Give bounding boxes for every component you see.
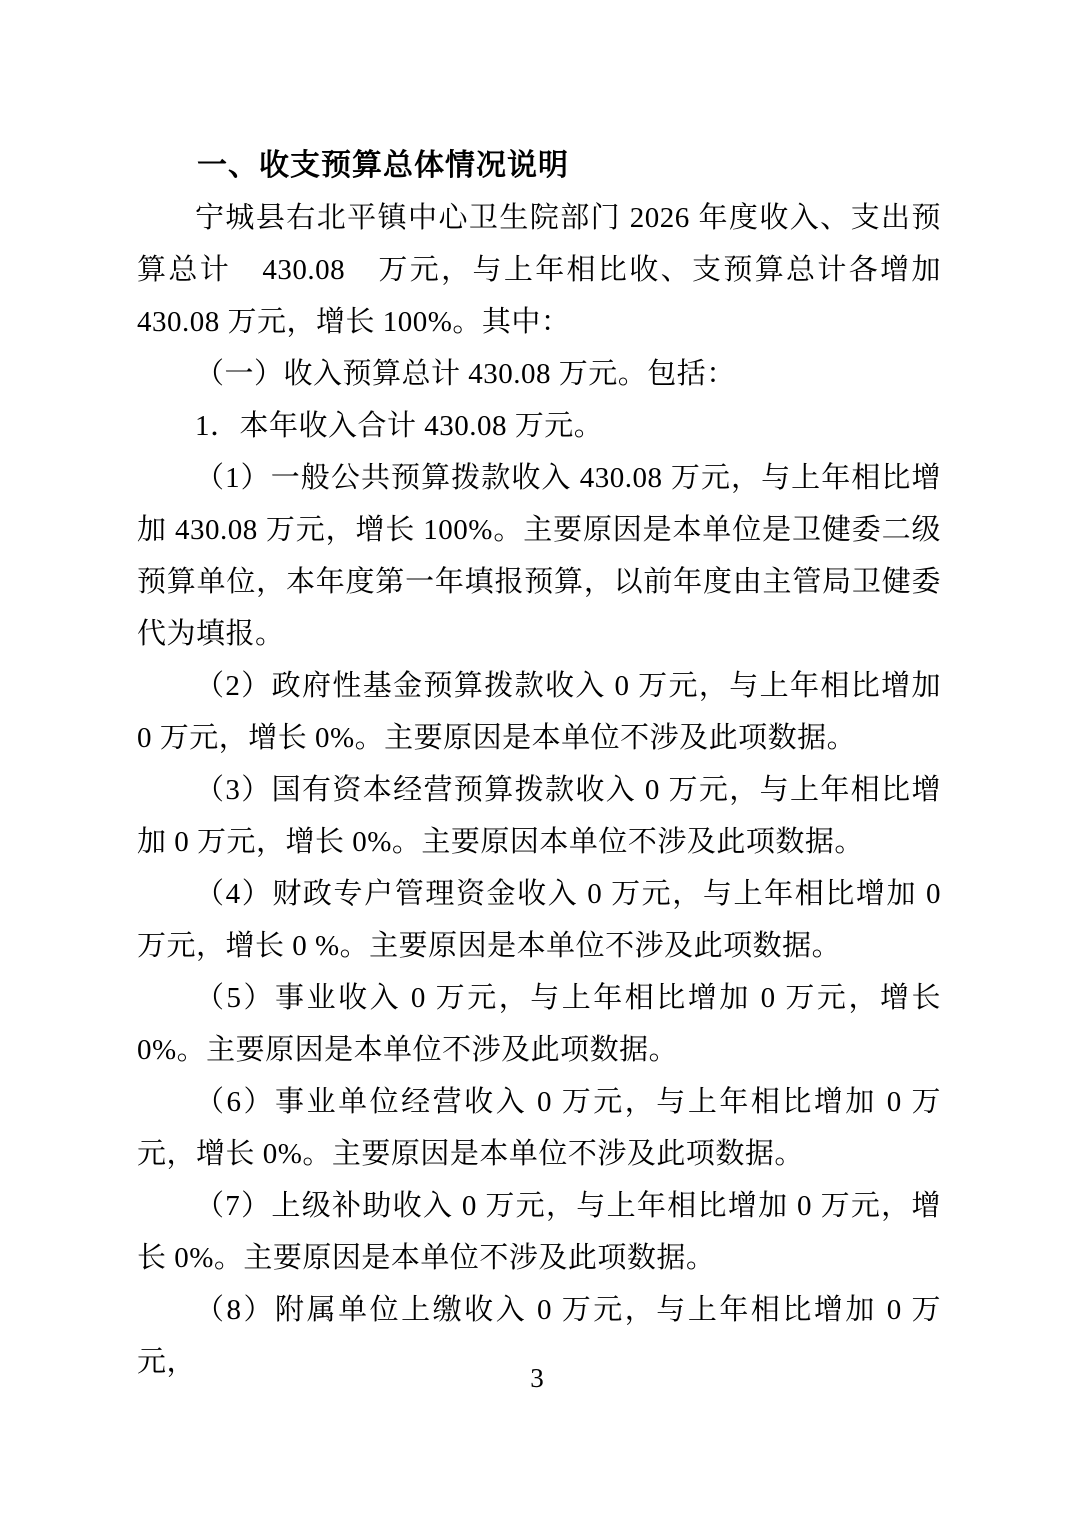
paragraph-item-2: （2）政府性基金预算拨款收入 0 万元，与上年相比增加 0 万元，增长 0%。主… <box>137 660 941 764</box>
paragraph-item-5: （5）事业收入 0 万元，与上年相比增加 0 万元，增长 0%。主要原因是本单位… <box>137 972 941 1076</box>
section-heading: 一、收支预算总体情况说明 <box>137 140 941 192</box>
paragraph-overview: 宁城县右北平镇中心卫生院部门 2026 年度收入、支出预算总计 430.08 万… <box>137 192 941 348</box>
page-number: 3 <box>0 1358 1074 1398</box>
paragraph-item-1: （1）一般公共预算拨款收入 430.08 万元，与上年相比增加 430.08 万… <box>137 452 941 660</box>
paragraph-item-3: （3）国有资本经营预算拨款收入 0 万元，与上年相比增加 0 万元，增长 0%。… <box>137 764 941 868</box>
paragraph-item-7: （7）上级补助收入 0 万元，与上年相比增加 0 万元，增长 0%。主要原因是本… <box>137 1180 941 1284</box>
paragraph-item-4: （4）财政专户管理资金收入 0 万元，与上年相比增加 0 万元，增长 0 %。主… <box>137 868 941 972</box>
paragraph-income-total: （一）收入预算总计 430.08 万元。包括： <box>137 348 941 400</box>
document-body: 一、收支预算总体情况说明 宁城县右北平镇中心卫生院部门 2026 年度收入、支出… <box>137 140 941 1388</box>
document-page: 一、收支预算总体情况说明 宁城县右北平镇中心卫生院部门 2026 年度收入、支出… <box>0 0 1074 1520</box>
paragraph-item-6: （6）事业单位经营收入 0 万元，与上年相比增加 0 万元，增长 0%。主要原因… <box>137 1076 941 1180</box>
paragraph-year-income: 1．本年收入合计 430.08 万元。 <box>137 400 941 452</box>
